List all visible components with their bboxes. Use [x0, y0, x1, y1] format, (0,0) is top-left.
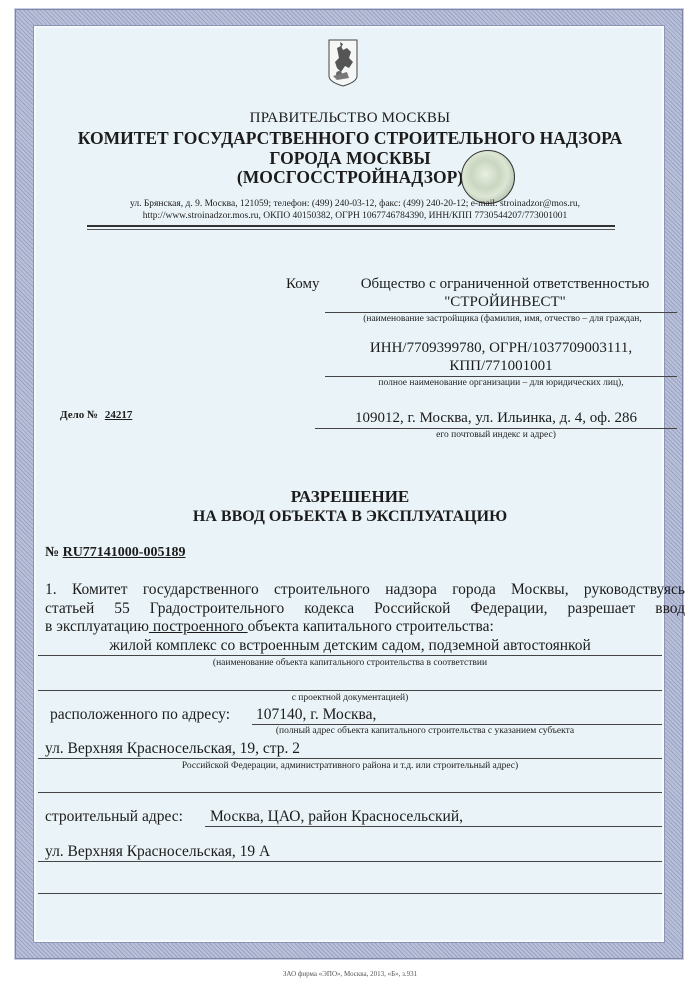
- committee-name-line1: КОМИТЕТ ГОСУДАРСТВЕННОГО СТРОИТЕЛЬНОГО Н…: [0, 128, 700, 148]
- committee-name-line3: (МОСГОССТРОЙНАДЗОР): [0, 167, 700, 187]
- recipient-name-hint: (наименование застройщика (фамилия, имя,…: [325, 314, 680, 324]
- build-address-line2: ул. Верхняя Красносельская, 19 А: [45, 843, 270, 861]
- recipient-ids-hint: полное наименование организации – для юр…: [325, 378, 677, 388]
- case-number-value: 24217: [105, 409, 133, 421]
- field-underline: [38, 655, 662, 656]
- recipient-ids-line2: КПП/771001001: [325, 358, 677, 375]
- body-text-underlined: построенного: [149, 618, 248, 635]
- object-address-label: расположенного по адресу:: [50, 706, 230, 724]
- contacts-line2: http://www.stroinadzor.mos.ru, ОКПО 4015…: [60, 210, 650, 222]
- case-number-label: Дело №: [60, 409, 98, 421]
- recipient-name-line1: Общество с ограниченной ответственностью: [330, 276, 680, 293]
- field-underline: [205, 826, 662, 827]
- object-address-hint2: Российской Федерации, административного …: [38, 761, 662, 771]
- build-address-label: строительный адрес:: [45, 808, 183, 826]
- body-text: в эксплуатацию: [45, 618, 149, 635]
- object-name-hint: (наименование объекта капитального строи…: [38, 658, 662, 668]
- body-paragraph-line2: статьей 55 Градостроительного кодекса Ро…: [45, 599, 685, 618]
- recipient-label: Кому: [286, 276, 319, 293]
- document-title: РАЗРЕШЕНИЕ: [0, 487, 700, 507]
- object-address-line2: ул. Верхняя Красносельская, 19, стр. 2: [45, 740, 300, 758]
- field-underline: [325, 376, 677, 377]
- recipient-ids-line1: ИНН/7709399780, ОГРН/1037709003111,: [325, 340, 677, 357]
- object-address-hint: (полный адрес объекта капитального строи…: [175, 726, 675, 736]
- body-paragraph-line1: 1. Комитет государственного строительног…: [45, 580, 685, 599]
- field-underline: [38, 893, 662, 894]
- permit-number-value: RU77141000-005189: [63, 545, 186, 560]
- object-address-line1: 107140, г. Москва,: [256, 706, 376, 724]
- field-underline: [315, 428, 677, 429]
- body-text: объекта капитального строительства:: [248, 618, 494, 635]
- field-underline: [38, 758, 662, 759]
- recipient-address: 109012, г. Москва, ул. Ильинка, д. 4, оф…: [315, 410, 677, 427]
- field-underline: [38, 861, 662, 862]
- case-number: Дело № 24217: [60, 409, 132, 421]
- header-divider: [87, 225, 615, 227]
- permit-number-label: №: [45, 545, 59, 560]
- government-name: ПРАВИТЕЛЬСТВО МОСКВЫ: [0, 110, 700, 127]
- contacts-line1: ул. Брянская, д. 9. Москва, 121059; теле…: [60, 198, 650, 210]
- object-name: жилой комплекс со встроенным детским сад…: [40, 637, 660, 655]
- field-underline: [38, 690, 662, 691]
- field-underline: [38, 792, 662, 793]
- printer-imprint: ЗАО фирма «ЭПО», Москва, 2013, «Б», з.93…: [0, 970, 700, 978]
- permit-number: № RU77141000-005189: [45, 545, 185, 561]
- field-underline: [252, 724, 662, 725]
- hologram-seal-icon: [461, 150, 515, 204]
- moscow-coat-of-arms-icon: [327, 38, 359, 88]
- field-underline: [325, 312, 677, 313]
- recipient-name-line2: "СТРОЙИНВЕСТ": [330, 294, 680, 311]
- document-subtitle: НА ВВОД ОБЪЕКТА В ЭКСПЛУАТАЦИЮ: [0, 508, 700, 526]
- recipient-address-hint: его почтовый индекс и адрес): [315, 430, 677, 440]
- object-name-hint2: с проектной документацией): [38, 693, 662, 703]
- header-divider-thin: [87, 229, 615, 230]
- build-address-line1: Москва, ЦАО, район Красносельский,: [210, 808, 463, 826]
- committee-name-line2: ГОРОДА МОСКВЫ: [0, 148, 700, 168]
- body-paragraph-line3: в эксплуатацию построенного объекта капи…: [45, 618, 494, 636]
